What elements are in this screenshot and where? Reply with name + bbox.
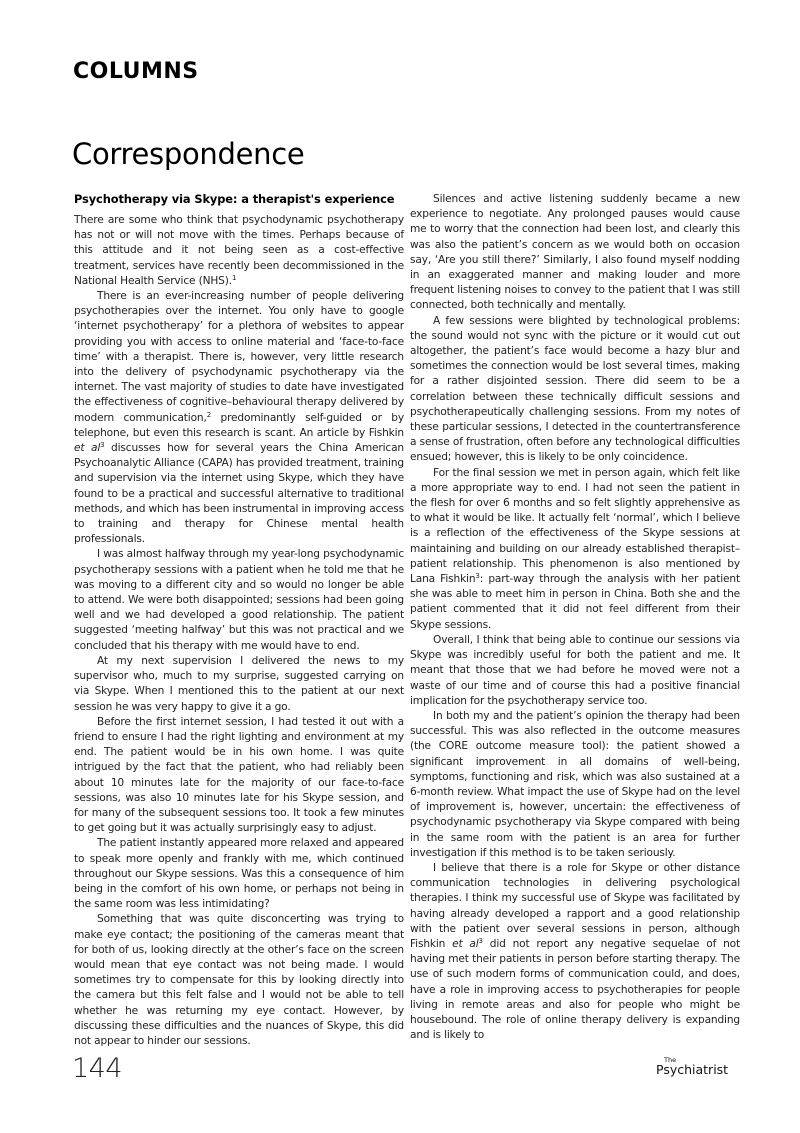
page-title: Correspondence [72, 137, 304, 171]
text-run: In both my and the patient’s opinion the… [410, 710, 740, 859]
right-column: Silences and active listening suddenly b… [410, 192, 740, 1043]
paragraph: I believe that there is a role for Skype… [410, 861, 740, 1043]
text-run: did not report any negative sequelae of … [410, 938, 740, 1041]
letter-title: Psychotherapy via Skype: a therapist's e… [74, 192, 404, 207]
text-run: There are some who think that psychodyna… [74, 214, 404, 287]
journal-logo-name: Psychiatrist [656, 1062, 728, 1077]
text-run: For the final session we met in person a… [410, 467, 740, 585]
text-run: Overall, I think that being able to cont… [410, 634, 740, 707]
italic-text: et al [74, 442, 100, 454]
italic-text: et al [452, 938, 478, 950]
paragraph: There are some who think that psychodyna… [74, 213, 404, 289]
paragraph: I was almost halfway through my year-lon… [74, 547, 404, 653]
journal-logo: The Psychiatrist [656, 1062, 728, 1077]
paragraph: For the final session we met in person a… [410, 466, 740, 633]
paragraph: At my next supervision I delivered the n… [74, 654, 404, 715]
text-run: Before the first internet session, I had… [74, 716, 404, 834]
paragraph: Overall, I think that being able to cont… [410, 633, 740, 709]
text-run: I believe that there is a role for Skype… [410, 862, 740, 950]
paragraph: Silences and active listening suddenly b… [410, 192, 740, 314]
right-column-body: Silences and active listening suddenly b… [410, 192, 740, 1043]
paragraph: A few sessions were blighted by technolo… [410, 314, 740, 466]
text-run: There is an ever-increasing number of pe… [74, 290, 404, 424]
text-run: I was almost halfway through my year-lon… [74, 548, 404, 651]
paragraph: Before the first internet session, I had… [74, 715, 404, 837]
text-run: Something that was quite disconcerting w… [74, 913, 404, 1047]
paragraph: There is an ever-increasing number of pe… [74, 289, 404, 547]
paragraph: Something that was quite disconcerting w… [74, 912, 404, 1049]
text-run: discusses how for several years the Chin… [74, 442, 404, 545]
text-run: At my next supervision I delivered the n… [74, 655, 404, 713]
page-number: 144 [72, 1053, 122, 1084]
section-label: COLUMNS [73, 59, 199, 84]
text-run: Silences and active listening suddenly b… [410, 193, 740, 311]
left-column-body: There are some who think that psychodyna… [74, 213, 404, 1049]
journal-logo-the: The [664, 1056, 676, 1064]
paragraph: In both my and the patient’s opinion the… [410, 709, 740, 861]
left-column: Psychotherapy via Skype: a therapist's e… [74, 192, 404, 1049]
reference-superscript: 1 [232, 274, 236, 282]
paragraph: The patient instantly appeared more rela… [74, 836, 404, 912]
text-run: A few sessions were blighted by technolo… [410, 315, 740, 464]
text-run: The patient instantly appeared more rela… [74, 837, 404, 910]
